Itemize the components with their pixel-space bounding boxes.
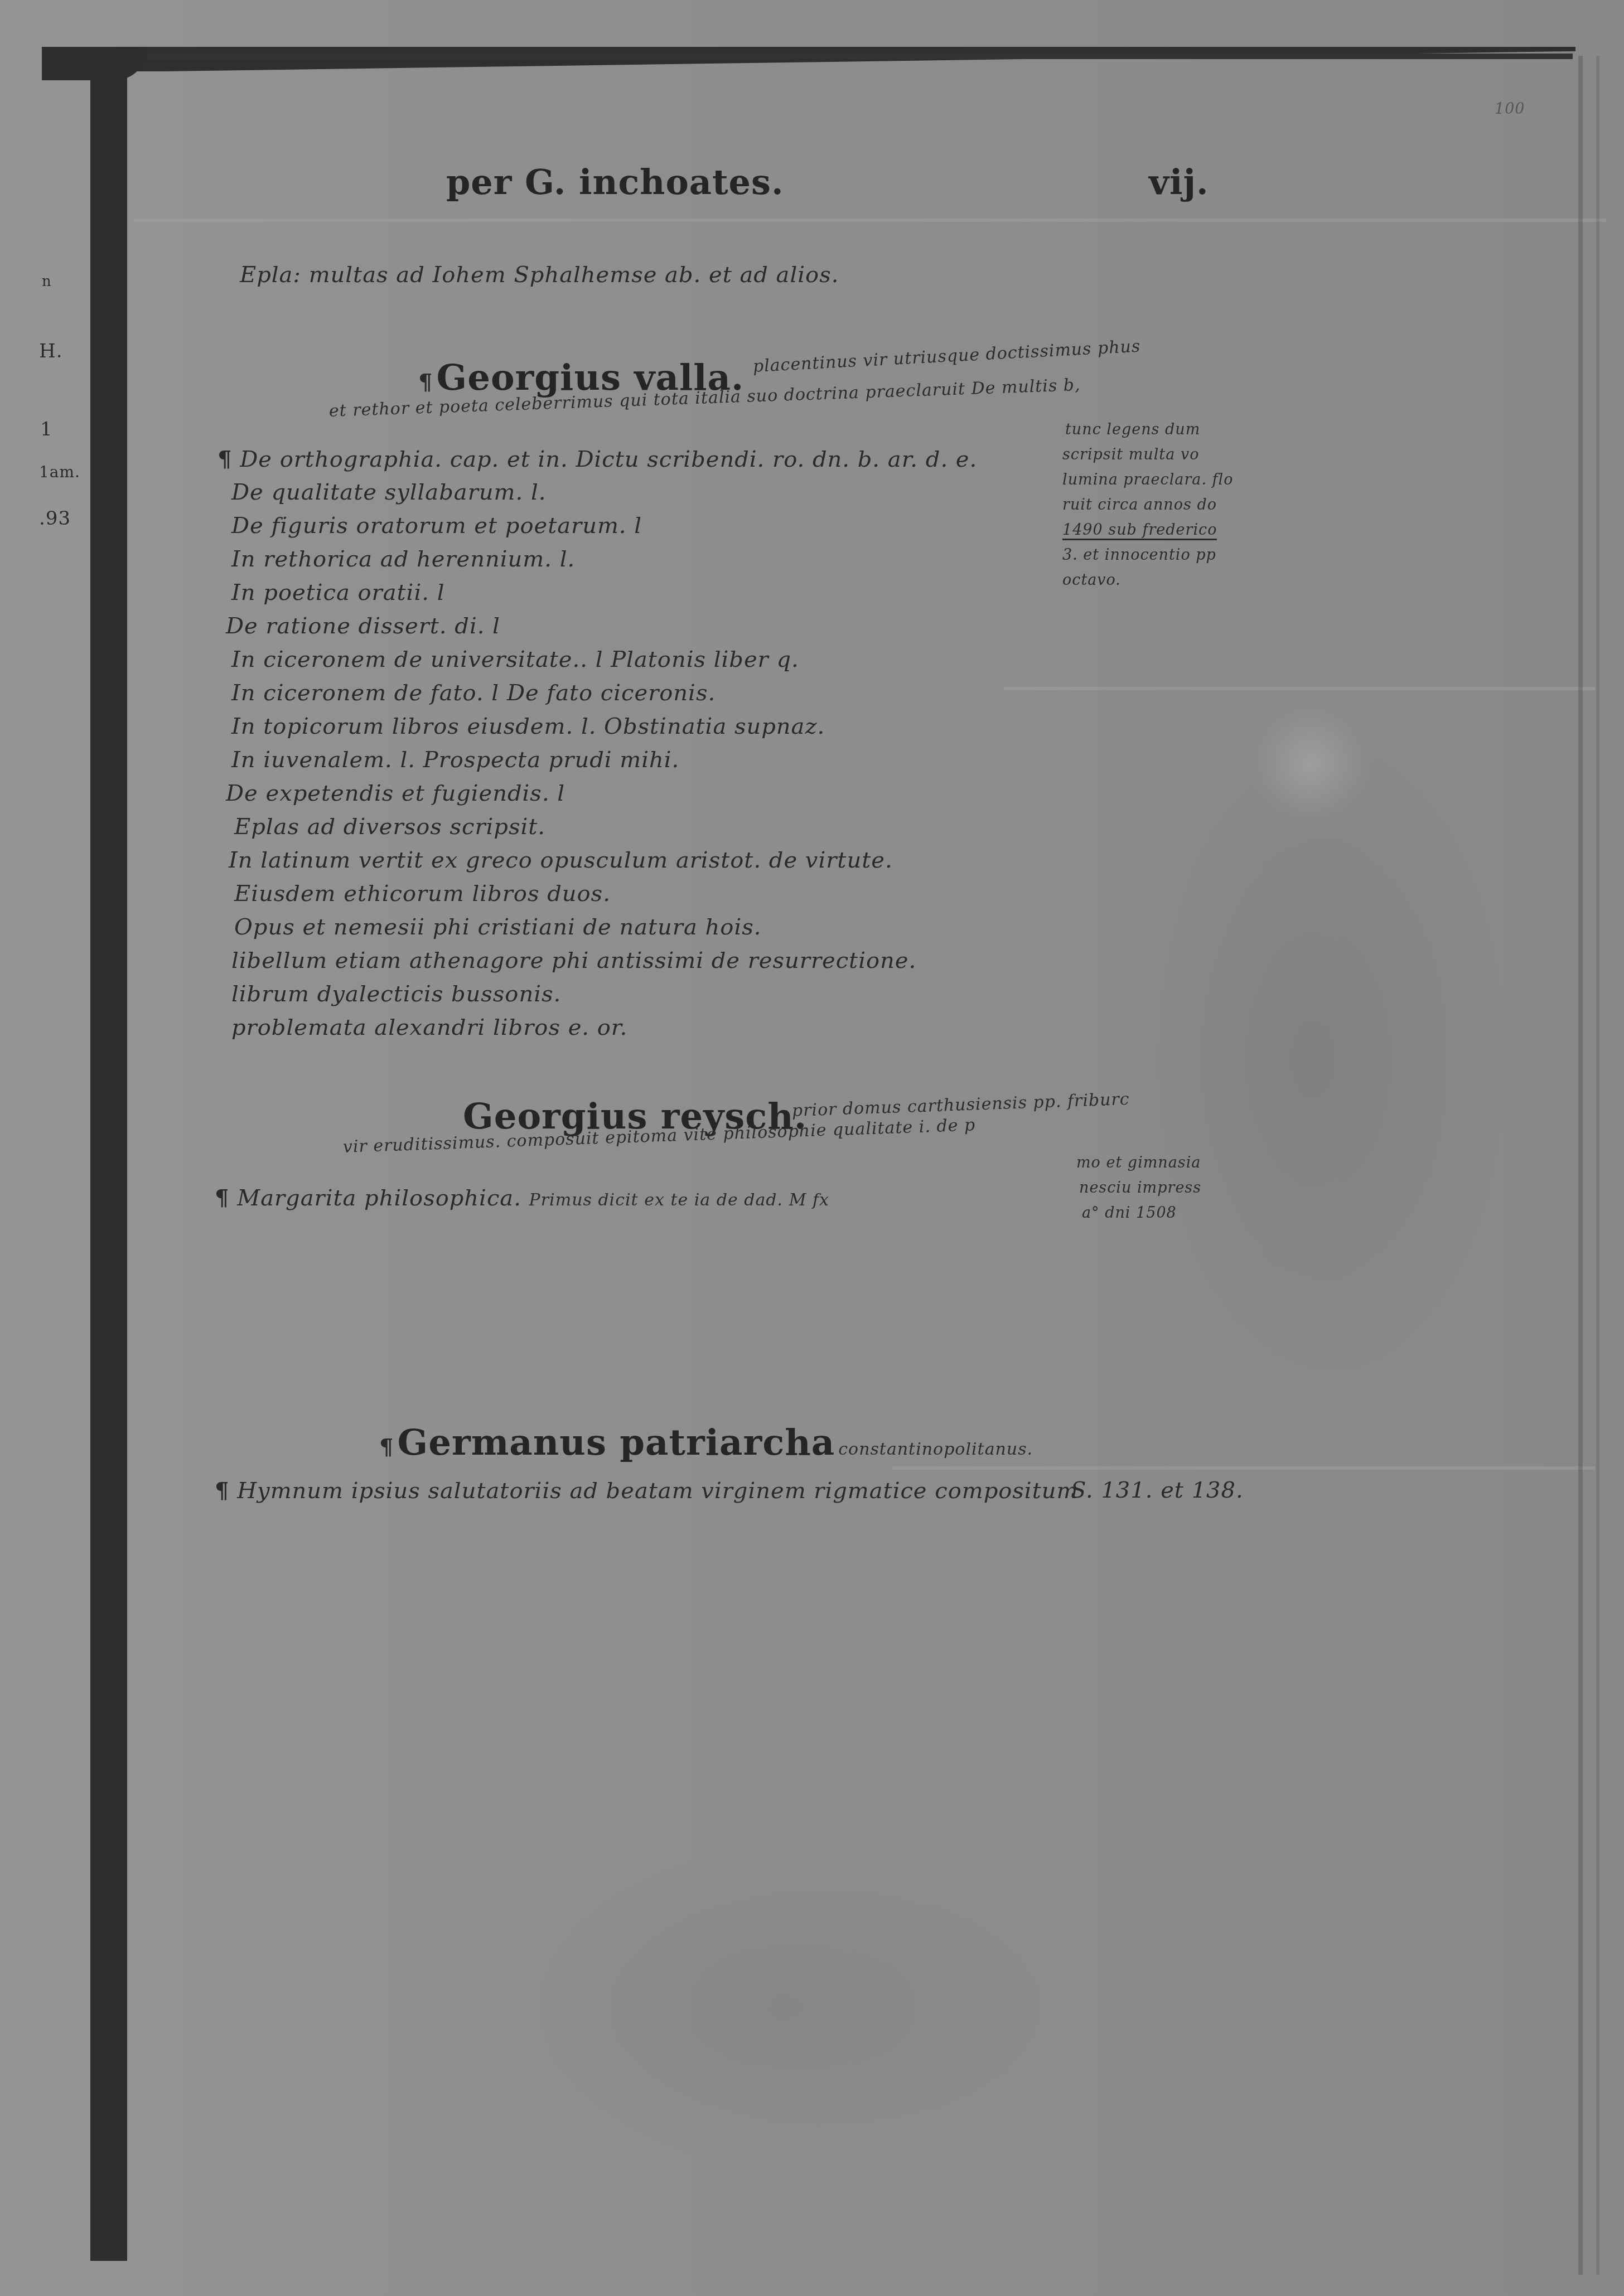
work-item: ¶ Hymnum ipsius salutatoriis ad beatam v… (215, 1478, 1078, 1504)
work-title: In iuvenalem. (231, 747, 393, 773)
page-edge-shadow (1596, 56, 1599, 2275)
work-item: Eplas ad diversos scripsit. (234, 814, 545, 840)
side-note-line: a° dni 1508 (1082, 1204, 1177, 1222)
work-title: In ciceronem de universitate.. (231, 647, 588, 672)
intro-line: Epla: multas ad Iohem Sphalhemse ab. et … (240, 262, 839, 288)
work-item: ¶ De orthographia. cap. et in. Dictu scr… (217, 446, 977, 472)
side-note-line: mo et gimnasia (1076, 1154, 1201, 1171)
work-item: In iuvenalem. l. Prospecta prudi mihi. (231, 747, 679, 773)
work-gloss: Platonis liber q. (611, 647, 799, 672)
entry-header: ¶ Germanus patriarcha constantinopolitan… (379, 1422, 1033, 1464)
bracket-mark: l. (560, 546, 576, 572)
work-title: Hymnum ipsius salutatoriis ad beatam vir… (237, 1478, 1078, 1504)
author-description: constantinopolitanus. (838, 1440, 1033, 1459)
work-item: librum dyalecticis bussonis. (231, 981, 561, 1007)
work-gloss: Primus dicit ex te ia de dad. M fx (529, 1190, 829, 1210)
pilcrow-marker: ¶ (217, 446, 232, 472)
bracket-mark: l (491, 680, 499, 706)
margin-note: H. (39, 340, 62, 362)
side-note-line: ruit circa annos do (1062, 496, 1217, 514)
work-item: Opus et nemesii phi cristiani de natura … (234, 914, 761, 940)
author-description: placentinus vir utriusque doctissimus ph… (752, 337, 1141, 376)
manuscript-page: per G. inchoates. vij. 100 n H. 1 1am. .… (0, 0, 1624, 2296)
work-title: libellum etiam athenagore phi antissimi … (231, 948, 916, 973)
border-bar-left (90, 56, 127, 2261)
bracket-mark: l (557, 781, 565, 806)
folio-reference: S. 131. et 138. (1071, 1478, 1244, 1503)
fingerprint-stain (1249, 708, 1372, 820)
side-note-line: nesciu impress (1079, 1179, 1201, 1197)
work-title: De expetendis et fugiendis. (226, 781, 550, 806)
work-item: In rethorica ad herennium. l. (231, 546, 575, 572)
bracket-mark: l (634, 513, 642, 539)
side-note-line: 1490 sub frederico (1062, 521, 1217, 540)
margin-note: .93 (39, 507, 71, 530)
work-title: In rethorica ad herennium. (231, 546, 552, 572)
border-bar-top-thin (134, 54, 1573, 59)
work-gloss: Obstinatia supnaz. (604, 714, 825, 739)
pencil-folio: 100 (1495, 100, 1525, 118)
work-title: librum dyalecticis bussonis. (231, 981, 561, 1007)
work-title: De ratione dissert. di. (226, 613, 485, 639)
paper-fold-line (1004, 687, 1595, 690)
margin-note: 1 (40, 418, 53, 440)
author-name: Germanus patriarcha (398, 1422, 835, 1464)
side-note-line: lumina praeclara. flo (1062, 471, 1234, 488)
pilcrow-marker: ¶ (379, 1434, 394, 1460)
work-item: In poetica oratii. l (231, 580, 444, 606)
work-item: De figuris oratorum et poetarum. l (231, 513, 642, 539)
bracket-mark: l. (400, 747, 416, 773)
work-item: Eiusdem ethicorum libros duos. (234, 881, 611, 907)
side-note-line: scripsit multa vo (1062, 446, 1199, 463)
work-item: De expetendis et fugiendis. l (226, 781, 565, 806)
work-title: problemata alexandri libros e. or. (231, 1015, 627, 1040)
margin-note: n (42, 273, 52, 290)
work-item: problemata alexandri libros e. or. (231, 1015, 627, 1040)
side-note-line: octavo. (1062, 571, 1121, 589)
margin-note: 1am. (39, 463, 80, 481)
work-gloss: Prospecta prudi mihi. (423, 747, 680, 773)
paper-fold-line (134, 219, 1606, 222)
work-item: libellum etiam athenagore phi antissimi … (231, 948, 916, 973)
work-title: Eplas ad diversos scripsit. (234, 814, 545, 840)
work-title: Eiusdem ethicorum libros duos. (234, 881, 611, 907)
bracket-mark: l. (581, 714, 597, 739)
work-item: In ciceronem de fato. l De fato ciceroni… (231, 680, 716, 706)
paper-fold-line (892, 1466, 1595, 1470)
work-title: De qualitate syllabarum. (231, 479, 523, 505)
work-item: De ratione dissert. di. l (226, 613, 500, 639)
work-item: In topicorum libros eiusdem. l. Obstinat… (231, 714, 825, 739)
work-item: In latinum vertit ex greco opusculum ari… (229, 847, 893, 873)
pilcrow-marker: ¶ (418, 369, 433, 395)
work-gloss: De fato ciceronis. (507, 680, 716, 706)
bracket-mark: l (437, 580, 445, 606)
side-note-line: tunc legens dum (1065, 421, 1200, 438)
bracket-mark: l. (531, 479, 547, 505)
work-title: Opus et nemesii phi cristiani de natura … (234, 914, 761, 940)
work-title: In topicorum libros eiusdem. (231, 714, 573, 739)
bracket-mark: l (596, 647, 603, 672)
work-item: ¶ Margarita philosophica. Primus dicit e… (215, 1185, 829, 1211)
running-head: per G. inchoates. (446, 162, 784, 202)
border-bar-top (42, 47, 1575, 71)
work-title: Margarita philosophica. (237, 1185, 521, 1211)
pilcrow-marker: ¶ (215, 1185, 229, 1211)
page-edge-shadow (1578, 56, 1583, 2275)
side-note-line: 3. et innocentio pp (1062, 546, 1216, 564)
work-title: De orthographia. cap. et in. Dictu scrib… (240, 447, 977, 472)
work-item: De qualitate syllabarum. l. (231, 479, 546, 505)
work-title: In ciceronem de fato. (231, 680, 484, 706)
work-item: In ciceronem de universitate.. l Platoni… (231, 647, 799, 672)
work-title: In poetica oratii. (231, 580, 429, 606)
bracket-mark: l (492, 613, 500, 639)
folio-number: vij. (1149, 162, 1209, 202)
pilcrow-marker: ¶ (215, 1478, 229, 1504)
work-title: De figuris oratorum et poetarum. (231, 513, 627, 539)
work-title: In latinum vertit ex greco opusculum ari… (229, 847, 893, 873)
